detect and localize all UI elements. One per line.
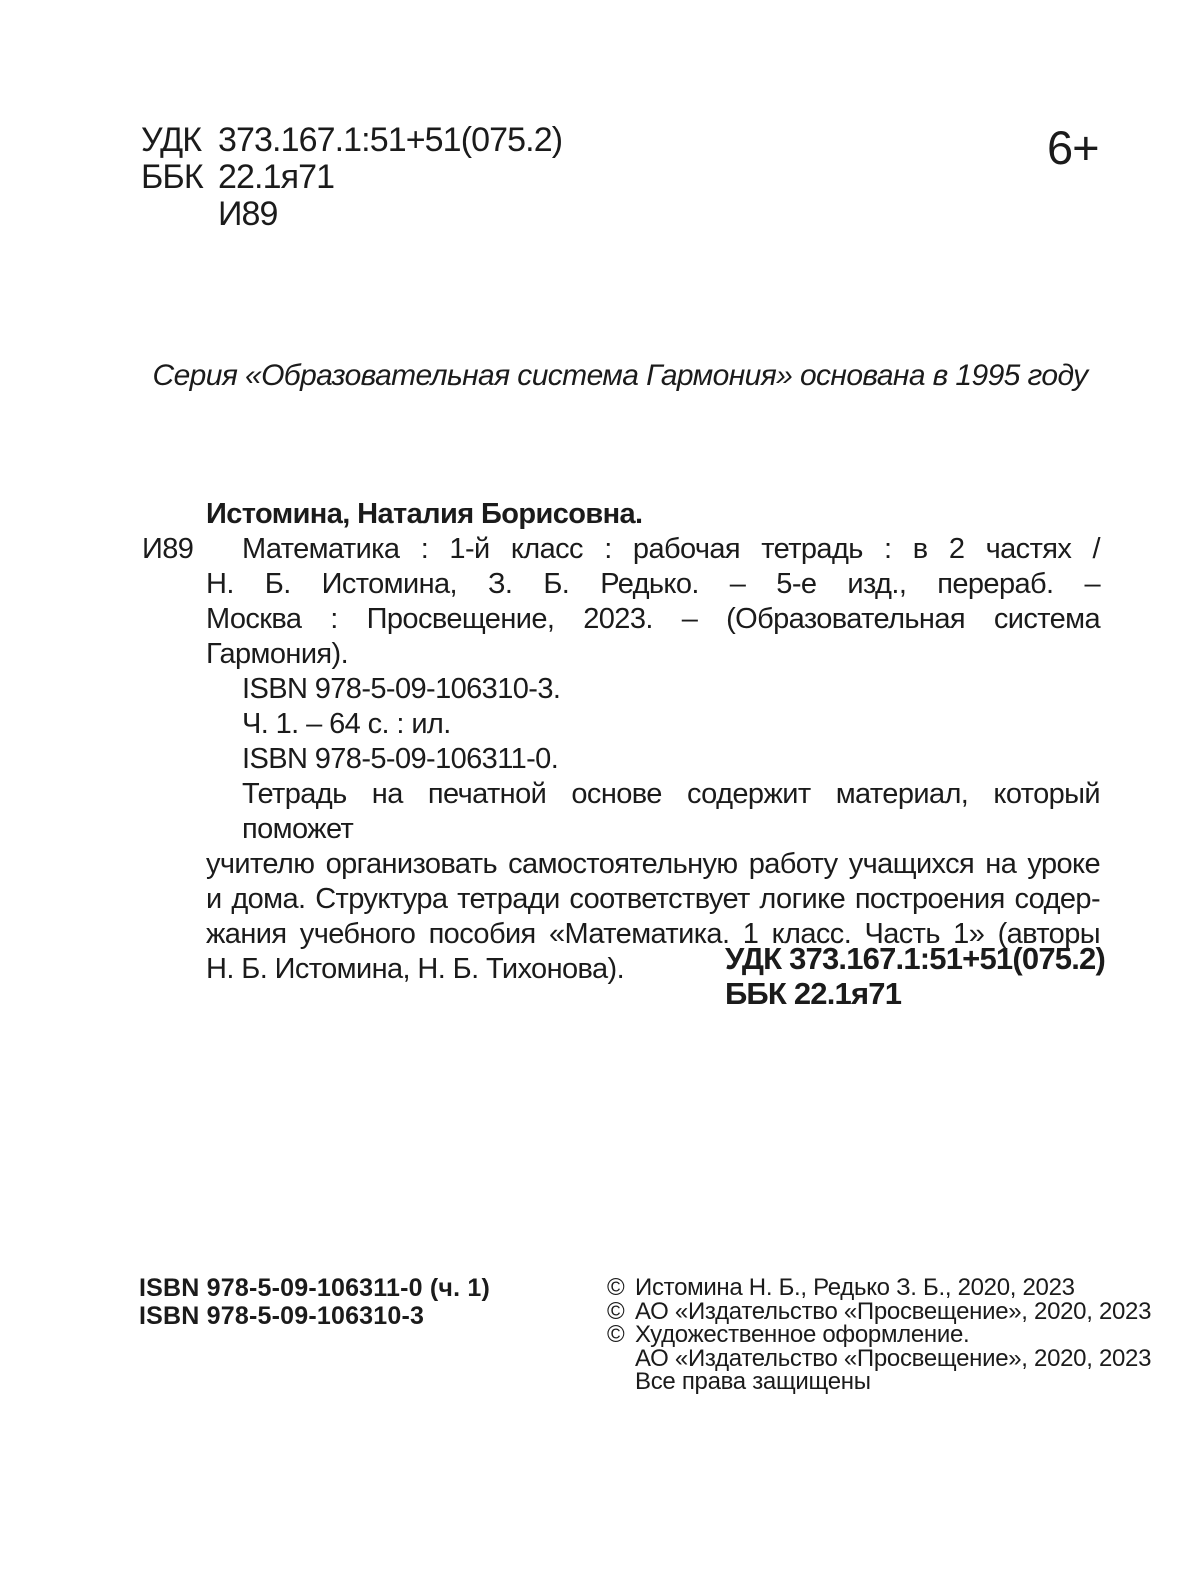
copyright-text: Все права защищены [635, 1368, 871, 1395]
bbk-value: 22.1я71 [218, 158, 334, 196]
bbk-label: ББК [141, 159, 218, 196]
entry-line-4: Гармония). [206, 637, 1100, 672]
udk-label: УДК [141, 122, 218, 159]
footer-isbn-block: ISBN 978-5-09-106311-0 (ч. 1) ISBN 978-5… [139, 1274, 490, 1330]
footer-isbn-line-2: ISBN 978-5-09-106310-3 [139, 1302, 490, 1330]
udk-row: УДК373.167.1:51+51(075.2) [141, 122, 562, 159]
entry-line-1-text: Математика : 1-й класс : рабочая тетрадь… [242, 533, 1100, 565]
copyright-block: ©Истомина Н. Б., Редько З. Б., 2020, 202… [607, 1276, 1151, 1394]
annotation-line-2: учителю организовать самостоятельную раб… [206, 847, 1100, 882]
copyright-line-3: ©Художественное оформление. [607, 1323, 1151, 1347]
copyright-symbol: © [607, 1323, 635, 1347]
bbk-bottom: ББК 22.1я71 [725, 976, 1105, 1011]
copyright-symbol: © [607, 1276, 635, 1300]
footer-isbn-line-1: ISBN 978-5-09-106311-0 (ч. 1) [139, 1274, 490, 1302]
copyright-line-2: ©АО «Издательство «Просвещение», 2020, 2… [607, 1300, 1151, 1324]
imprint-page: УДК373.167.1:51+51(075.2) ББК22.1я71 И89… [0, 0, 1200, 1574]
annotation-line-1: Тетрадь на печатной основе содержит мате… [242, 777, 1100, 847]
bottom-classification-codes: УДК 373.167.1:51+51(075.2) ББК 22.1я71 [725, 941, 1105, 1011]
copyright-symbol: © [607, 1300, 635, 1324]
isbn-whole-line: ISBN 978-5-09-106311-0. [242, 742, 1100, 777]
series-note: Серия «Образовательная система Гармония»… [140, 359, 1100, 393]
udk-bottom: УДК 373.167.1:51+51(075.2) [725, 941, 1105, 976]
copyright-line-5: Все права защищены [607, 1370, 1151, 1394]
top-classification-codes: УДК373.167.1:51+51(075.2) ББК22.1я71 И89 [141, 122, 562, 233]
author-heading: Истомина, Наталия Борисовна. [206, 497, 1100, 532]
udk-value: 373.167.1:51+51(075.2) [218, 121, 562, 159]
bibliographic-entry: Истомина, Наталия Борисовна. И89Математи… [206, 497, 1100, 987]
annotation-line-3: и дома. Структура тетради соответствует … [206, 882, 1100, 917]
part-info-line: Ч. 1. – 64 с. : ил. [242, 707, 1100, 742]
age-rating-badge: 6+ [1047, 120, 1099, 175]
bbk-row: ББК22.1я71 [141, 159, 562, 196]
author-sign-row: И89 [141, 196, 562, 233]
copyright-line-4: АО «Издательство «Просвещение», 2020, 20… [607, 1347, 1151, 1371]
copyright-line-1: ©Истомина Н. Б., Редько З. Б., 2020, 202… [607, 1276, 1151, 1300]
author-sign: И89 [218, 195, 278, 233]
entry-line-1: И89Математика : 1-й класс : рабочая тетр… [242, 532, 1100, 567]
entry-code: И89 [142, 532, 193, 567]
entry-line-3: Москва : Просвещение, 2023. – (Образоват… [206, 602, 1100, 637]
entry-line-2: Н. Б. Истомина, З. Б. Редько. – 5-е изд.… [206, 567, 1100, 602]
isbn-part-line: ISBN 978-5-09-106310-3. [242, 672, 1100, 707]
